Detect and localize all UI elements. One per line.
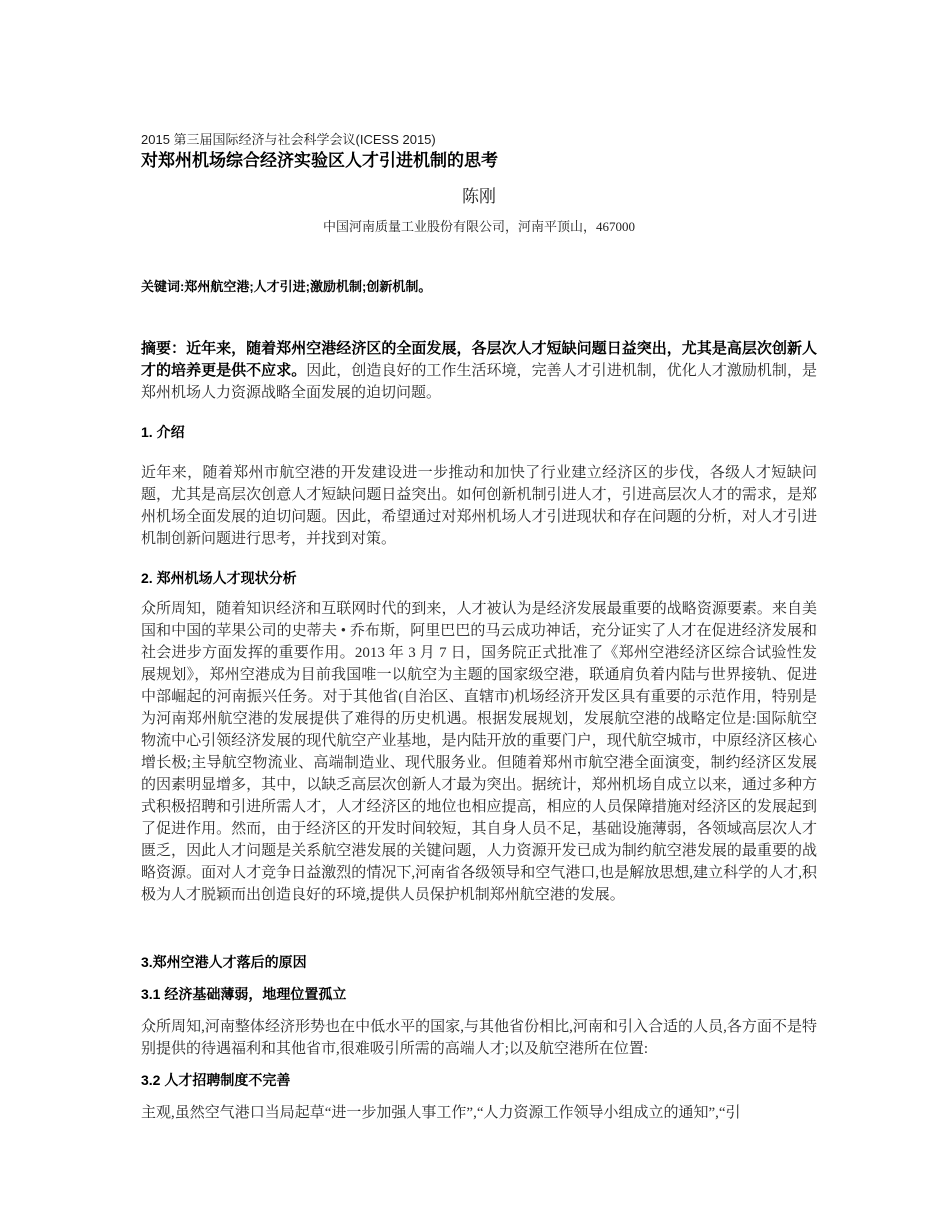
section-heading-intro: 1. 介绍 [141,422,817,442]
subsection-body-economy: 众所周知,河南整体经济形势也在中低水平的国家,与其他省份相比,河南和引入合适的人… [141,1016,817,1060]
author-name: 陈刚 [141,186,817,208]
section-heading-reasons: 3.郑州空港人才落后的原因 [141,952,817,972]
conference-line: 2015 第三届国际经济与社会科学会议(ICESS 2015) [141,132,817,148]
subsection-heading-recruitment: 3.2 人才招聘制度不完善 [141,1070,817,1090]
paper-page: 2015 第三届国际经济与社会科学会议(ICESS 2015) 对郑州机场综合经… [141,132,817,1124]
author-affiliation: 中国河南质量工业股份有限公司，河南平顶山，467000 [141,218,817,236]
keywords: 关键词:郑州航空港;人才引进;激励机制;创新机制。 [141,278,817,296]
section-body-intro: 近年来，随着郑州市航空港的开发建设进一步推动和加快了行业建立经济区的步伐，各级人… [141,462,817,550]
section-heading-status: 2. 郑州机场人才现状分析 [141,568,817,588]
section-body-status: 众所周知，随着知识经济和互联网时代的到来，人才被认为是经济发展最重要的战略资源要… [141,598,817,906]
subsection-body-recruitment: 主观,虽然空气港口当局起草“进一步加强人事工作”,“人力资源工作领导小组成立的通… [141,1102,817,1124]
abstract: 摘要：近年来，随着郑州空港经济区的全面发展，各层次人才短缺问题日益突出，尤其是高… [141,338,817,404]
paper-title: 对郑州机场综合经济实验区人才引进机制的思考 [141,150,817,172]
subsection-heading-economy: 3.1 经济基础薄弱，地理位置孤立 [141,984,817,1004]
